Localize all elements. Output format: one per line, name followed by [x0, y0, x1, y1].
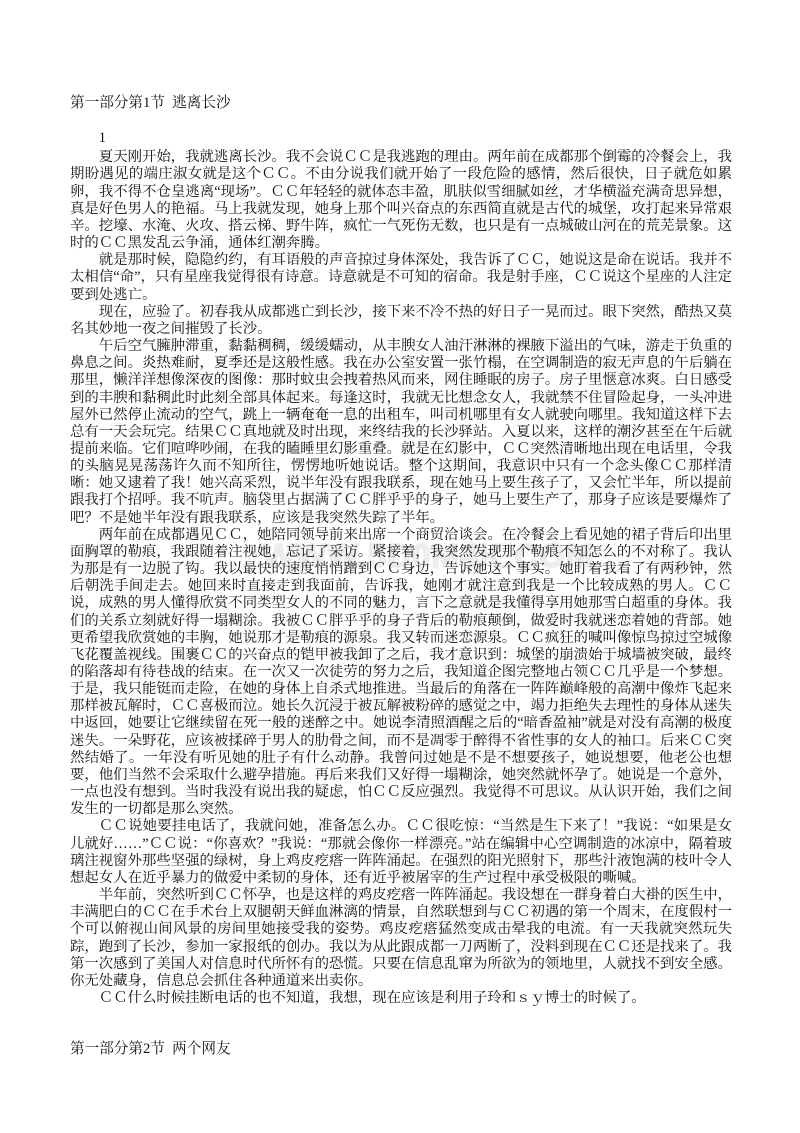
- paragraph: 午后空气臃肿滞重，黏黏稠稠，缓缓蠕动，从丰腴女人油汗淋淋的裸腋下溢出的气味，游走…: [70, 338, 732, 527]
- page-content: 第一部分第1节 逃离长沙 1 夏天刚开始，我就逃离长沙。我不会说ＣＣ是我逃跑的理…: [70, 95, 732, 1058]
- paragraph: ＣＣ说她要挂电话了，我就问她，准备怎么办。ＣＣ很吃惊：“当然是生下来了！”我说：…: [70, 818, 732, 887]
- chapter-number: 1: [70, 130, 732, 147]
- section-2-title: 第一部分第2节 两个网友: [70, 1041, 732, 1058]
- paragraph: ＣＣ什么时候挂断电话的也不知道，我想，现在应该是利用子玲和ｓｙ博士的时候了。: [70, 990, 732, 1007]
- paragraph: 半年前，突然听到ＣＣ怀孕，也是这样的鸡皮疙瘩一阵阵涌起。我设想在一群身着白大褂的…: [70, 887, 732, 990]
- document-page: WWW.5D0M4K.COM 第一部分第1节 逃离长沙 1 夏天刚开始，我就逃离…: [0, 0, 800, 1133]
- paragraph: 两年前在成都遇见ＣＣ，她陪同领导前来出席一个商贸洽谈会。在冷餐会上看见她的裙子背…: [70, 527, 732, 819]
- section-1-title: 第一部分第1节 逃离长沙: [70, 95, 732, 112]
- body-paragraphs: 夏天刚开始，我就逃离长沙。我不会说ＣＣ是我逃跑的理由。两年前在成都那个倒霉的冷餐…: [70, 149, 732, 1007]
- paragraph: 夏天刚开始，我就逃离长沙。我不会说ＣＣ是我逃跑的理由。两年前在成都那个倒霉的冷餐…: [70, 149, 732, 252]
- paragraph: 现在，应验了。初春我从成都逃亡到长沙，接下来不冷不热的好日子一晃而过。眼下突然，…: [70, 304, 732, 338]
- paragraph: 就是那时候，隐隐约约，有耳语般的声音掠过身体深处，我告诉了ＣＣ，她说这是命在说话…: [70, 252, 732, 303]
